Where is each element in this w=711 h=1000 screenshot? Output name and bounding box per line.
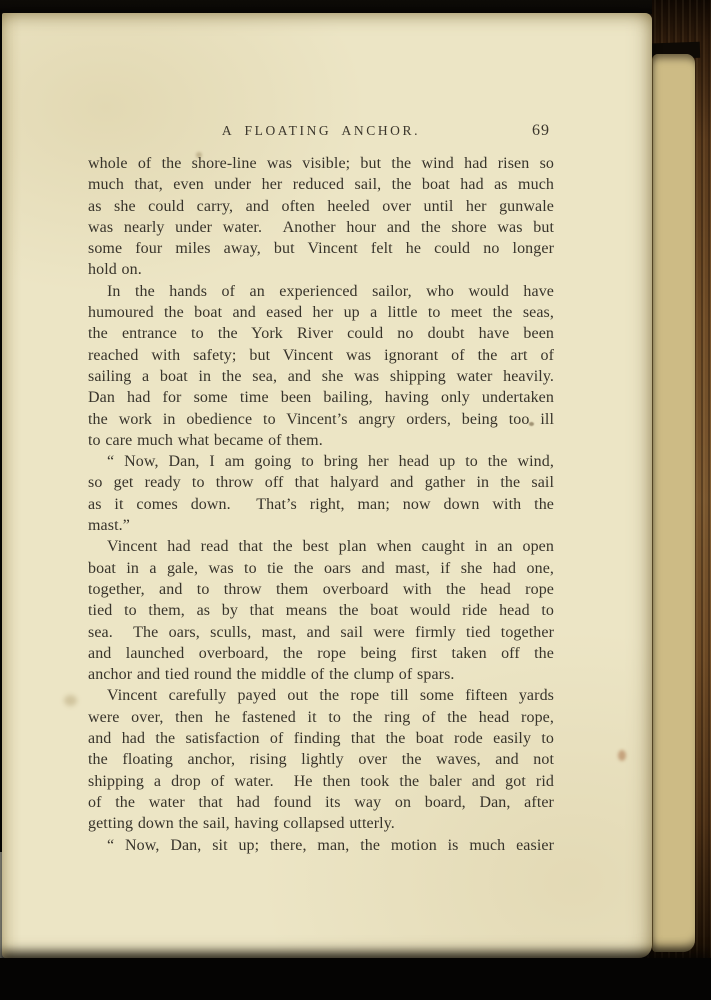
text-line: mast.” — [88, 515, 554, 536]
text-line: as it comes down. That’s right, man; now… — [88, 494, 554, 515]
text-line: In the hands of an experienced sailor, w… — [88, 281, 554, 302]
text-line: was nearly under water. Another hour and… — [88, 217, 554, 238]
text-line: the work in obedience to Vincent’s angry… — [88, 409, 554, 430]
text-line: humoured the boat and eased her up a lit… — [88, 302, 554, 323]
text-line: sea. The oars, sculls, mast, and sail we… — [88, 622, 554, 643]
text-line: to care much what became of them. — [88, 430, 554, 451]
running-head: A FLOATING ANCHOR. — [88, 123, 554, 139]
book-photo: A FLOATING ANCHOR. 69 whole of the shore… — [0, 0, 711, 1000]
text-line: much that, even under her reduced sail, … — [88, 174, 554, 195]
text-line: reached with safety; but Vincent was ign… — [88, 345, 554, 366]
text-line: some four miles away, but Vincent felt h… — [88, 238, 554, 259]
foxing-spot — [64, 695, 77, 706]
text-line: were over, then he fastened it to the ri… — [88, 707, 554, 728]
text-line: hold on. — [88, 259, 554, 280]
page-edges-stack — [652, 54, 695, 952]
text-line: Dan had for some time been bailing, havi… — [88, 387, 554, 408]
foxing-spot — [196, 152, 202, 158]
paragraph: Vincent carefully payed out the rope til… — [88, 685, 554, 834]
text-line: “ Now, Dan, sit up; there, man, the moti… — [88, 835, 554, 856]
text-line: the entrance to the York River could no … — [88, 323, 554, 344]
book-page: A FLOATING ANCHOR. 69 whole of the shore… — [2, 13, 652, 958]
text-line: boat in a gale, was to tie the oars and … — [88, 558, 554, 579]
foxing-spot — [529, 422, 534, 426]
paragraph: “ Now, Dan, sit up; there, man, the moti… — [88, 835, 554, 856]
paragraph: Vincent had read that the best plan when… — [88, 536, 554, 685]
paragraph: “ Now, Dan, I am going to bring her head… — [88, 451, 554, 536]
text-line: getting down the sail, having collapsed … — [88, 813, 554, 834]
text-line: tied to them, as by that means the boat … — [88, 600, 554, 621]
text-line: “ Now, Dan, I am going to bring her head… — [88, 451, 554, 472]
text-line: shipping a drop of water. He then took t… — [88, 771, 554, 792]
paragraph: In the hands of an experienced sailor, w… — [88, 281, 554, 451]
page-header: A FLOATING ANCHOR. 69 — [88, 123, 554, 143]
photo-background-bottom — [0, 958, 711, 1000]
paragraph: whole of the shore-line was visible; but… — [88, 153, 554, 281]
text-line: Vincent carefully payed out the rope til… — [88, 685, 554, 706]
text-line: and launched overboard, the rope being f… — [88, 643, 554, 664]
text-line: and had the satisfaction of finding that… — [88, 728, 554, 749]
text-line: so get ready to throw off that halyard a… — [88, 472, 554, 493]
text-line: sailing a boat in the sea, and she was s… — [88, 366, 554, 387]
text-line: whole of the shore-line was visible; but… — [88, 153, 554, 174]
text-line: anchor and tied round the middle of the … — [88, 664, 554, 685]
page-number: 69 — [532, 122, 550, 140]
text-line: Vincent had read that the best plan when… — [88, 536, 554, 557]
text-line: of the water that had found its way on b… — [88, 792, 554, 813]
body-text: whole of the shore-line was visible; but… — [88, 153, 554, 856]
text-line: as she could carry, and often heeled ove… — [88, 196, 554, 217]
text-line: the floating anchor, rising lightly over… — [88, 749, 554, 770]
photo-background-top — [0, 0, 652, 14]
foxing-spot — [618, 750, 626, 761]
text-line: together, and to throw them overboard wi… — [88, 579, 554, 600]
